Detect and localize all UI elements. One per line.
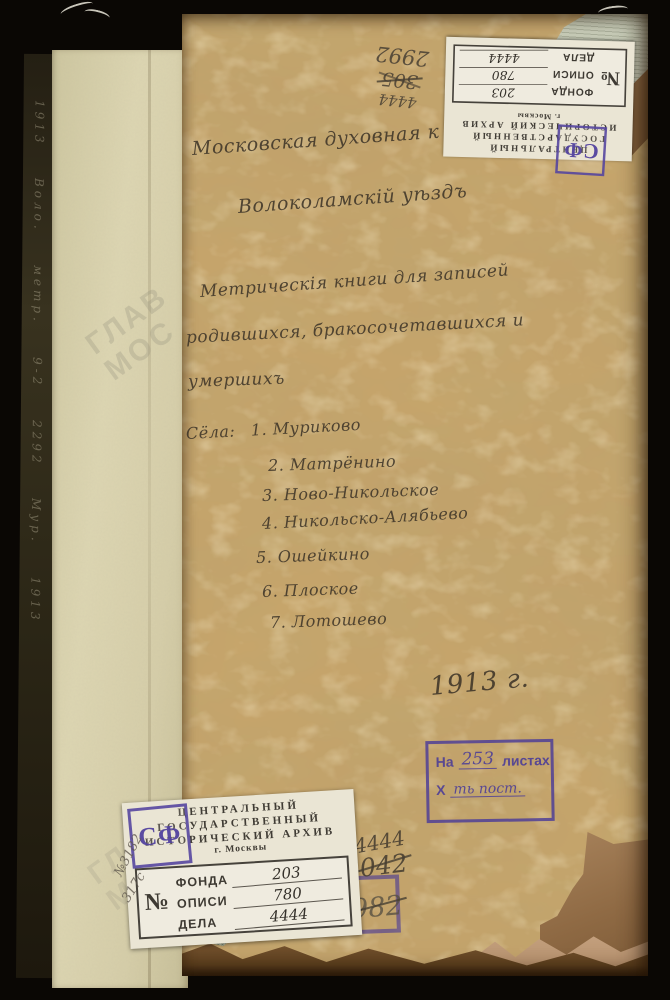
row-label: ДЕЛА (548, 51, 594, 64)
row-label: ДЕЛА (178, 915, 235, 932)
fond-table: № ФОНДА 203 ОПИСИ 780 ДЕЛА 4444 (452, 44, 627, 107)
row-label: ФОНДА (547, 85, 593, 98)
spine-fragment: 2292 (29, 420, 43, 467)
loose-thread (59, 0, 94, 19)
spine-handwriting: 1913 Воло. метр. 9-2 2292 Мур. 1913 (25, 88, 47, 958)
row-value-handwritten: 203 (459, 84, 548, 100)
spine-fragment: Мур. (29, 498, 43, 545)
book-cover-photo: 1913 Воло. метр. 9-2 2292 Мур. 1913 ГЛАВ… (0, 0, 670, 1000)
sheets-count-handwritten: 253 (458, 751, 497, 770)
row-value-handwritten: 4444 (460, 50, 549, 66)
number-note-struck: 305 (381, 67, 419, 93)
village-item: 5. Ошейкино (256, 544, 371, 567)
archive-label-bottom: ЦЕНТРАЛЬНЫЙ ГОСУДАРСТВЕННЫЙ ИСТОРИЧЕСКИЙ… (122, 789, 362, 949)
spine-fragment: 1913 (28, 577, 42, 624)
number-sign: № (595, 50, 626, 106)
sheets-line-1: На 253 листах (435, 750, 543, 770)
fond-table: № ФОНДА 203 ОПИСИ 780 ДЕЛА 4444 (135, 856, 353, 940)
keep-prefix: Х (436, 782, 446, 798)
fond-row: ФОНДА 203 (457, 82, 595, 103)
archive-label-top: ЦЕНТРАЛЬНЫЙ ГОСУДАРСТВЕННЫЙ ИСТОРИЧЕСКИЙ… (443, 37, 635, 162)
number-note: 4444 (378, 90, 418, 112)
opis-row: ОПИСИ 780 (457, 65, 595, 86)
spine-fragment: 9-2 (30, 357, 44, 388)
sheets-suffix: листах (502, 752, 550, 769)
delo-row: ДЕЛА 4444 (458, 48, 596, 69)
spine-fragment: 1913 (32, 100, 46, 147)
villages-heading: Сёла: (186, 421, 236, 443)
row-label: ОПИСИ (548, 68, 594, 81)
spine-fragment: Воло. (31, 178, 45, 233)
loose-thread (83, 7, 111, 23)
village-item: 6. Плоское (262, 579, 359, 601)
sheets-count-stamp: На 253 листах Х ть пост. (425, 739, 554, 823)
row-value-handwritten: 780 (459, 67, 548, 83)
sheets-prefix: На (436, 754, 454, 770)
spine-fragment: метр. (31, 265, 46, 325)
sf-stamp: СФ (555, 124, 607, 176)
sheets-line-2: Х ть пост. (436, 780, 544, 798)
subtitle-line-3: умершихъ (188, 369, 286, 392)
top-inverted-numbers: 4444 305 2992 (347, 39, 453, 115)
keep-handwritten: ть пост. (450, 781, 525, 797)
